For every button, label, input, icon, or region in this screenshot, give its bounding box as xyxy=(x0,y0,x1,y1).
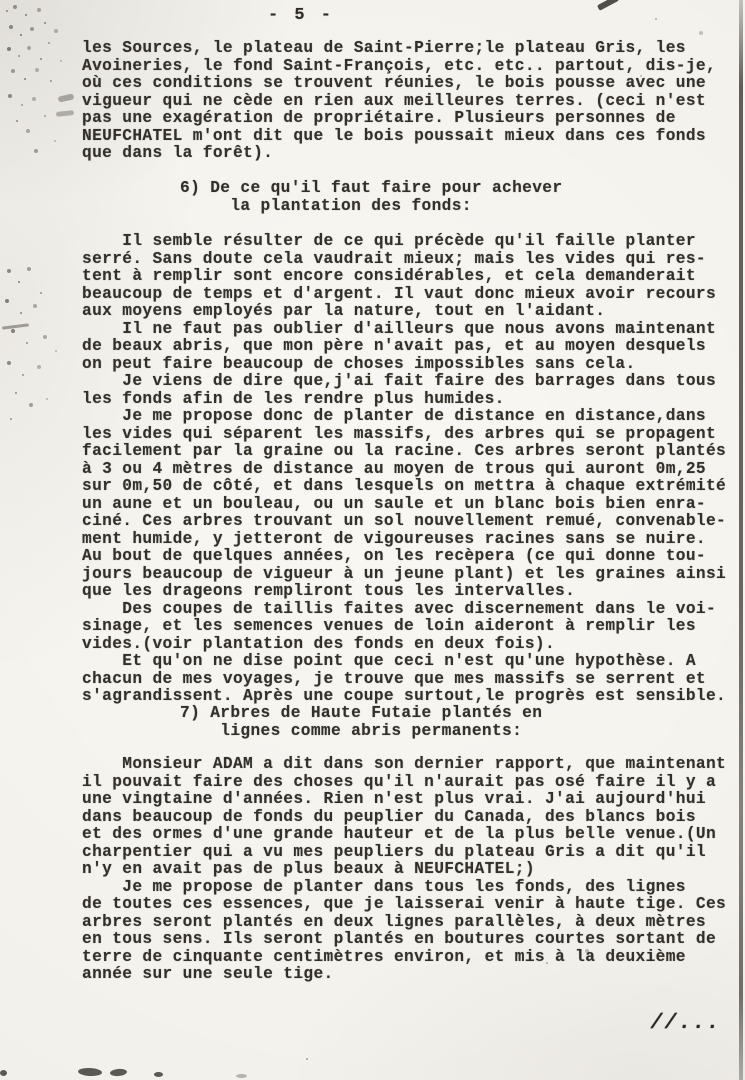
ink-smudge xyxy=(56,110,74,117)
scan-ink-blob xyxy=(0,1070,7,1076)
paragraph-section-7: Monsieur ADAM a dit dans son dernier rap… xyxy=(82,756,726,984)
ink-smudge xyxy=(58,93,75,102)
pencil-dash-mark xyxy=(2,323,29,329)
paragraph-section-6: Il semble résulter de ce qui précède qu'… xyxy=(82,233,726,706)
paragraph-intro: les Sources, le plateau de Saint-Pierre;… xyxy=(82,40,716,163)
section-heading-6: 6) De ce qu'il faut faire pour achever l… xyxy=(180,180,562,215)
continuation-mark: //... xyxy=(648,1012,722,1035)
scan-corner-mark xyxy=(597,0,619,11)
section-heading-7: 7) Arbres de Haute Futaie plantés en lig… xyxy=(180,705,542,740)
scan-ink-blob xyxy=(78,1067,102,1076)
scan-edge-line xyxy=(739,0,743,1080)
scanned-typescript-page: - 5 - les Sources, le plateau de Saint-P… xyxy=(0,0,745,1080)
scan-noise-speckles xyxy=(6,10,8,12)
scan-ink-blob xyxy=(110,1068,128,1076)
scan-ink-blob xyxy=(236,1074,247,1078)
scan-ink-blob xyxy=(154,1072,163,1077)
page-number: - 5 - xyxy=(268,6,334,25)
